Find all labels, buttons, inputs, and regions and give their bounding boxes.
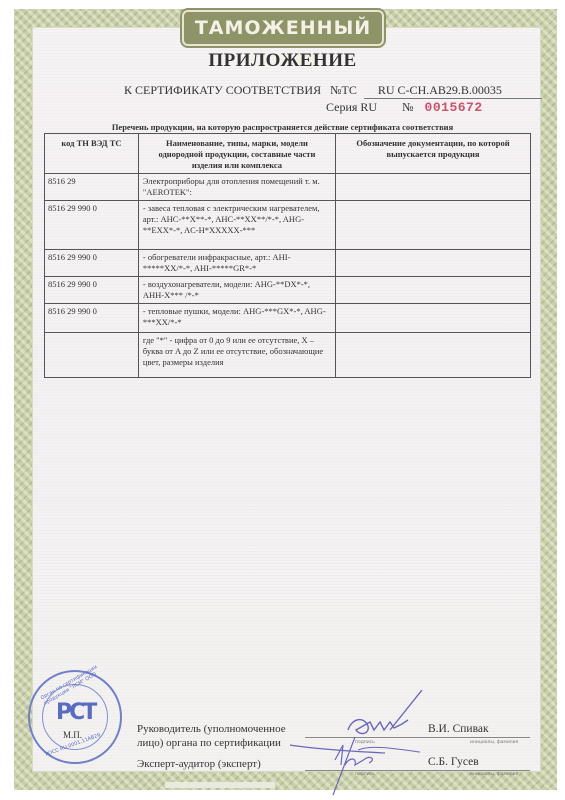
table-row: 8516 29 990 0- завеса тепловая с электри… (45, 201, 531, 250)
expert-label: Эксперт-аудитор (эксперт) (137, 758, 261, 770)
cell-name: - обогреватели инфракрасные, арт.: AHI-*… (138, 250, 335, 277)
series-line: Серия RU № 0015672 (326, 100, 483, 115)
cell-code: 8516 29 (45, 174, 139, 201)
certificate-reference: К СЕРТИФИКАТУ СООТВЕТСТВИЯ №ТС RU C-CH.A… (124, 83, 542, 99)
cell-doc (335, 250, 530, 277)
cell-code (45, 333, 139, 378)
table-row: 8516 29 990 0- обогреватели инфракрасные… (45, 250, 531, 277)
cell-doc (335, 277, 530, 304)
cert-number: RU C-CH.AB29.B.00035 (364, 83, 542, 99)
document-title: ПРИЛОЖЕНИЕ (0, 50, 565, 72)
cell-name: где "*" - цифра от 0 до 9 или ее отсутст… (138, 333, 335, 378)
column-header-doc: Обозначение документации, по которой вып… (335, 134, 530, 174)
cell-name: - воздухонагреватели, модели: AHG-**DX*-… (138, 277, 335, 304)
head-label: Руководитель (уполномоченное лицо) орган… (137, 723, 286, 749)
table-row: 8516 29Электроприборы для отопления поме… (45, 174, 531, 201)
printer-imprint (165, 782, 275, 788)
rst-logo-icon: РСТ (56, 700, 94, 725)
table-row: 8516 29 990 0- тепловые пушки, модели: A… (45, 304, 531, 333)
customs-union-badge: ТАМОЖЕННЫЙ СОЮЗ (182, 10, 384, 46)
cell-doc (335, 333, 530, 378)
head-label-line2: лицо) органа по сертификации (137, 737, 286, 749)
cell-name: - тепловые пушки, модели: AHG-***GX*-*, … (138, 304, 335, 333)
series-value: RU (360, 100, 377, 114)
head-label-line1: Руководитель (уполномоченное (137, 723, 286, 735)
number-label: № (402, 100, 413, 114)
products-table: код ТН ВЭД ТС Наименование, типы, марки,… (44, 133, 531, 378)
expert-name-caption: инициалы, фамилия (470, 772, 518, 777)
head-name-caption: инициалы, фамилия (470, 740, 518, 745)
cell-doc (335, 201, 530, 250)
cell-name: Электроприборы для отопления помещений т… (138, 174, 335, 201)
cell-doc (335, 174, 530, 201)
stamp-mp: М.П. (63, 730, 82, 740)
series-label: Серия (326, 100, 357, 114)
cell-code: 8516 29 990 0 (45, 250, 139, 277)
cell-code: 8516 29 990 0 (45, 304, 139, 333)
cert-prefix: К СЕРТИФИКАТУ СООТВЕТСТВИЯ (124, 83, 321, 97)
cell-code: 8516 29 990 0 (45, 201, 139, 250)
cell-code: 8516 29 990 0 (45, 277, 139, 304)
expert-signature-icon (285, 735, 415, 800)
cell-name: - завеса тепловая с электрическим нагрев… (138, 201, 335, 250)
table-row: где "*" - цифра от 0 до 9 или ее отсутст… (45, 333, 531, 378)
blank-number: 0015672 (425, 100, 483, 115)
table-header-row: код ТН ВЭД ТС Наименование, типы, марки,… (45, 134, 531, 174)
column-header-name: Наименование, типы, марки, модели одноро… (138, 134, 335, 174)
certification-stamp: Орган по сертификации продукции "ЛСМ" ОО… (28, 670, 122, 764)
table-row: 8516 29 990 0- воздухонагреватели, модел… (45, 277, 531, 304)
cert-no-label: №ТС (330, 83, 357, 97)
column-header-code: код ТН ВЭД ТС (45, 134, 139, 174)
table-caption: Перечень продукции, на которую распростр… (0, 122, 565, 132)
cell-doc (335, 304, 530, 333)
